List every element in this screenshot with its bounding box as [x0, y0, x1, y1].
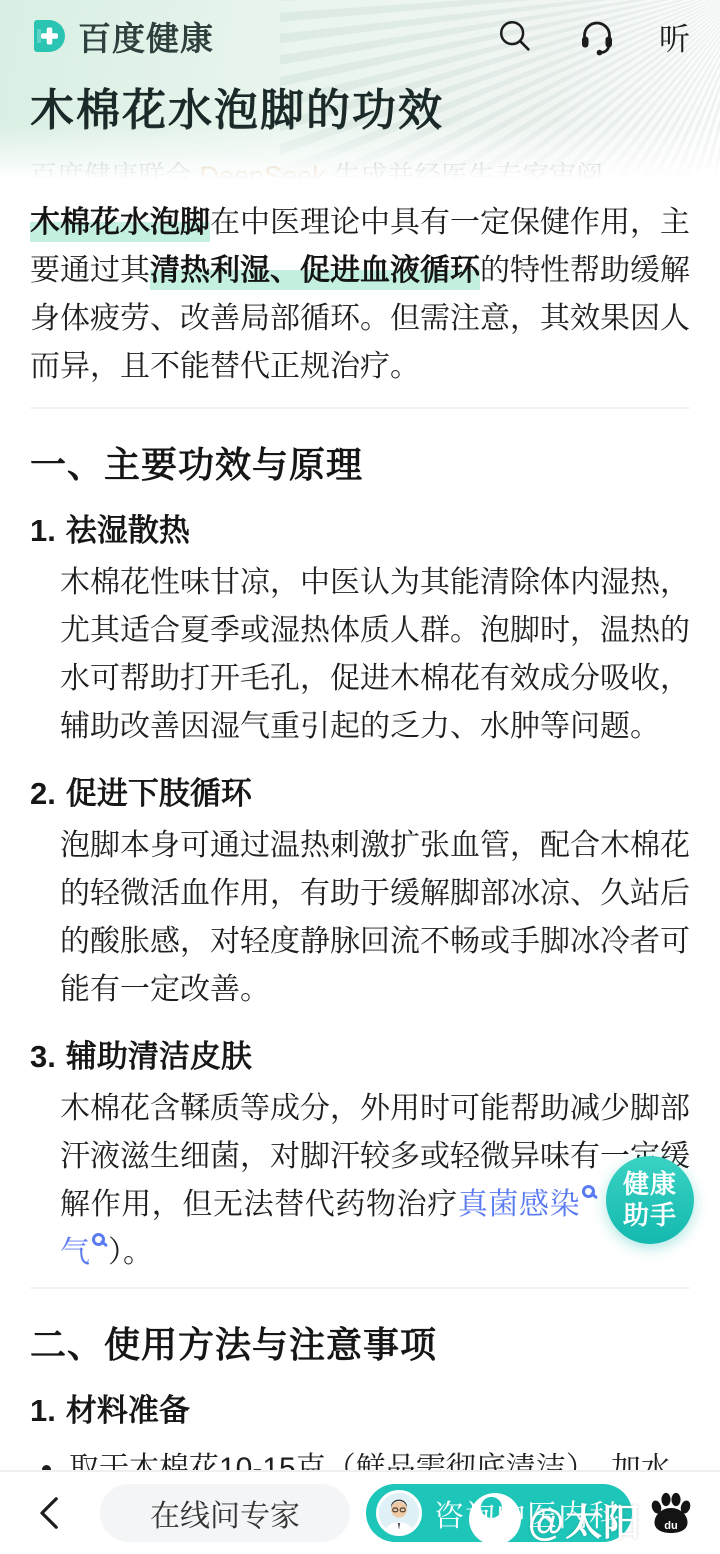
item-title: 1. 材料准备 — [30, 1391, 690, 1431]
article-subtitle: 百度健康联合 DeepSeek 生成并经医生专家审阅 — [30, 154, 690, 185]
baidu-paw-icon[interactable]: du — [646, 1488, 696, 1538]
doctor-avatar — [376, 1490, 422, 1536]
text-segment: ）。 — [108, 1236, 153, 1269]
list-item: 2. 促进下肢循环 泡脚本身可通过温热刺激扩张血管，配合木棉花的轻微活血作用，有… — [30, 774, 690, 1014]
item-2-body: 泡脚本身可通过温热刺激扩张血管，配合木棉花的轻微活血作用，有助于缓解脚部冰凉、久… — [60, 822, 690, 1014]
item-number: 1. — [30, 511, 56, 551]
search-link-icon[interactable] — [92, 1233, 105, 1246]
back-chevron-icon[interactable] — [30, 1493, 70, 1533]
list-item: 3. 辅助清洁皮肤 木棉花含鞣质等成分，外用时可能帮助减少脚部汗液滋生细菌，对脚… — [30, 1037, 690, 1277]
article-content: 木棉花水泡脚在中医理论中具有一定保健作用，主要通过其清热利湿、促进血液循环的特性… — [0, 199, 720, 1493]
hero-header: 百度健康 听 木棉花水泡脚的功效 百度健康联合 D — [0, 0, 720, 185]
item-title-text: 辅助清洁皮肤 — [66, 1037, 252, 1077]
ask-expert-label: 在线问专家 — [150, 1491, 300, 1535]
entity-link[interactable]: 真菌感染 — [458, 1188, 580, 1221]
item-title-text: 材料准备 — [66, 1391, 190, 1431]
listen-button[interactable]: 听 — [659, 14, 690, 59]
top-bar: 百度健康 听 — [30, 12, 690, 60]
item-number: 1. — [30, 1391, 56, 1431]
item-number: 3. — [30, 1037, 56, 1077]
text-segment: 木棉花性味甘凉，中医认为其能清除体内湿热，尤其适合夏季或湿热体质人群。泡脚时，温… — [60, 566, 690, 743]
baidu-health-article-page: 百度健康 听 木棉花水泡脚的功效 百度健康联合 D — [0, 0, 720, 1554]
search-link-icon[interactable] — [582, 1185, 595, 1198]
item-title-text: 祛湿散热 — [66, 511, 190, 551]
fab-line2: 助手 — [623, 1200, 677, 1231]
logo-text: 百度健康 — [78, 13, 214, 60]
svg-text:du: du — [664, 1520, 677, 1532]
text-segment: 清热利湿、促进血液循环 — [150, 254, 480, 290]
text-segment: 泡脚本身可通过温热刺激扩张血管，配合木棉花的轻微活血作用，有助于缓解脚部冰凉、久… — [60, 829, 690, 1006]
item-1-title: 1. 祛湿散热 — [30, 511, 690, 551]
list-item: 1. 祛湿散热 木棉花性味甘凉，中医认为其能清除体内湿热，尤其适合夏季或湿热体质… — [30, 511, 690, 751]
consult-tcm-label: 咨询中医内科 — [434, 1491, 620, 1535]
page-title: 木棉花水泡脚的功效 — [30, 74, 690, 138]
search-icon[interactable] — [495, 16, 535, 56]
item-title-text: 促进下肢循环 — [66, 774, 252, 814]
item-3-body: 木棉花含鞣质等成分，外用时可能帮助减少脚部汗液滋生细菌，对脚汗较多或轻微异味有一… — [60, 1085, 690, 1277]
item-2-title: 2. 促进下肢循环 — [30, 774, 690, 814]
text-segment: 木棉花含鞣质等成分，外用时可能帮助减少脚部汗液滋生细菌，对脚汗较多或轻微异味有一… — [60, 1092, 690, 1221]
subtitle-prefix: 百度健康联合 — [30, 161, 200, 185]
health-assistant-fab[interactable]: 健康 助手 — [606, 1156, 694, 1244]
intro-paragraph: 木棉花水泡脚在中医理论中具有一定保健作用，主要通过其清热利湿、促进血液循环的特性… — [30, 199, 690, 391]
item-3-title: 3. 辅助清洁皮肤 — [30, 1037, 690, 1077]
section-divider — [30, 407, 690, 409]
consult-tcm-button[interactable]: 咨询中医内科 — [366, 1484, 632, 1542]
subtitle-suffix: 生成并经医生专家审阅 — [326, 161, 604, 185]
section-divider — [30, 1287, 690, 1289]
item-number: 2. — [30, 774, 56, 814]
item-1-body: 木棉花性味甘凉，中医认为其能清除体内湿热，尤其适合夏季或湿热体质人群。泡脚时，温… — [60, 559, 690, 751]
deepseek-brand: DeepSeek — [200, 161, 326, 185]
baidu-health-logo[interactable]: 百度健康 — [30, 13, 214, 60]
headset-icon[interactable] — [577, 16, 617, 56]
section-1-heading: 一、主要功效与原理 — [30, 437, 690, 488]
baidu-health-logo-icon — [30, 16, 70, 56]
bottom-action-bar: 在线问专家 咨询中医内科 — [0, 1470, 720, 1554]
fab-line1: 健康 — [623, 1169, 677, 1200]
text-segment: 木棉花水泡脚 — [30, 206, 210, 242]
ask-expert-button[interactable]: 在线问专家 — [100, 1484, 350, 1542]
section-2-heading: 二、使用方法与注意事项 — [30, 1317, 690, 1368]
